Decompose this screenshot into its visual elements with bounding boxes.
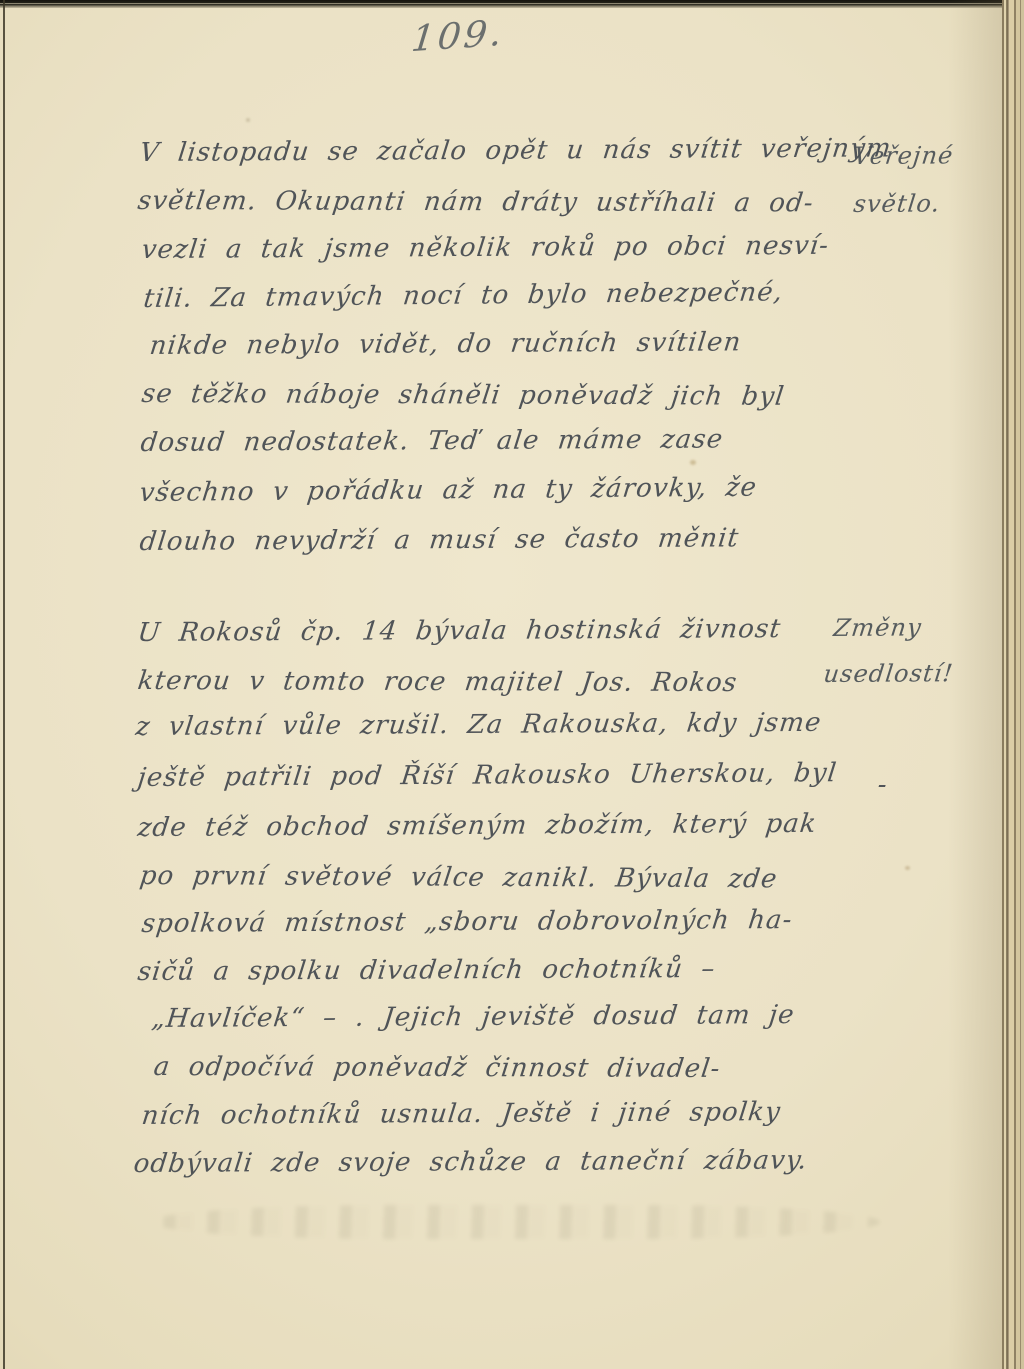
manuscript-line: ještě patřili pod Říší Rakousko Uherskou… (136, 758, 839, 793)
manuscript-page: 109. V listopadu se začalo opět u nás sv… (0, 0, 1024, 1369)
margin-note-line: světlo. (852, 189, 942, 218)
manuscript-line: všechno v pořádku až na ty žárovky, že (138, 473, 759, 508)
manuscript-line: zde též obchod smíšeným zbožím, který pa… (136, 809, 819, 843)
manuscript-line: světlem. Okupanti nám dráty ustříhali a … (136, 186, 816, 218)
margin-note-line: Veřejné (852, 141, 955, 170)
stray-dash-mark: - (876, 770, 889, 800)
manuscript-line: dosud nedostatek. Teď ale máme zase (139, 424, 725, 458)
manuscript-line: ních ochotníků usnula. Ještě i jiné spol… (140, 1097, 783, 1131)
manuscript-line: V listopadu se začalo opět u nás svítit … (138, 133, 893, 168)
manuscript-line: a odpočívá poněvadž činnost divadel- (152, 1052, 722, 1084)
book-top-edge-highlight (0, 3, 1024, 4)
manuscript-line: spolková místnost „sboru dobrovolných ha… (140, 905, 794, 939)
manuscript-line: kterou v tomto roce majitel Jos. Rokos (136, 666, 739, 698)
paper-stain (905, 866, 910, 870)
manuscript-line: odbývali zde svoje schůze a taneční zába… (132, 1145, 809, 1179)
manuscript-line: vezli a tak jsme několik roků po obci ne… (140, 231, 831, 265)
manuscript-line: U Rokosů čp. 14 bývala hostinská živnost (136, 614, 783, 648)
paper-stain (246, 118, 250, 122)
binding-left-line (3, 0, 5, 1369)
manuscript-line: se těžko náboje sháněli poněvadž jich by… (140, 379, 786, 412)
margin-note-line: Změny (832, 613, 923, 642)
manuscript-line: nikde nebylo vidět, do ručních svítilen (148, 327, 743, 361)
paper-stain (690, 460, 696, 465)
page-number: 109. (409, 13, 506, 60)
margin-note-line: usedlostí! (822, 659, 955, 688)
manuscript-line: tili. Za tmavých nocí to bylo nebezpečné… (142, 277, 785, 314)
manuscript-line: po první světové válce zanikl. Bývala zd… (138, 861, 779, 894)
manuscript-line: z vlastní vůle zrušil. Za Rakouska, kdy … (134, 708, 823, 742)
page-curvature-shadow (948, 0, 1004, 1369)
ink-bleedthrough (150, 1205, 880, 1239)
manuscript-line: sičů a spolku divadelních ochotníků – (136, 954, 717, 987)
book-top-edge (0, 0, 1024, 8)
page-stack-dark-line (1006, 0, 1008, 1369)
manuscript-line: dlouho nevydrží a musí se často měnit (138, 523, 741, 557)
manuscript-line: „Havlíček“ – . Jejich jeviště dosud tam … (150, 1000, 796, 1034)
